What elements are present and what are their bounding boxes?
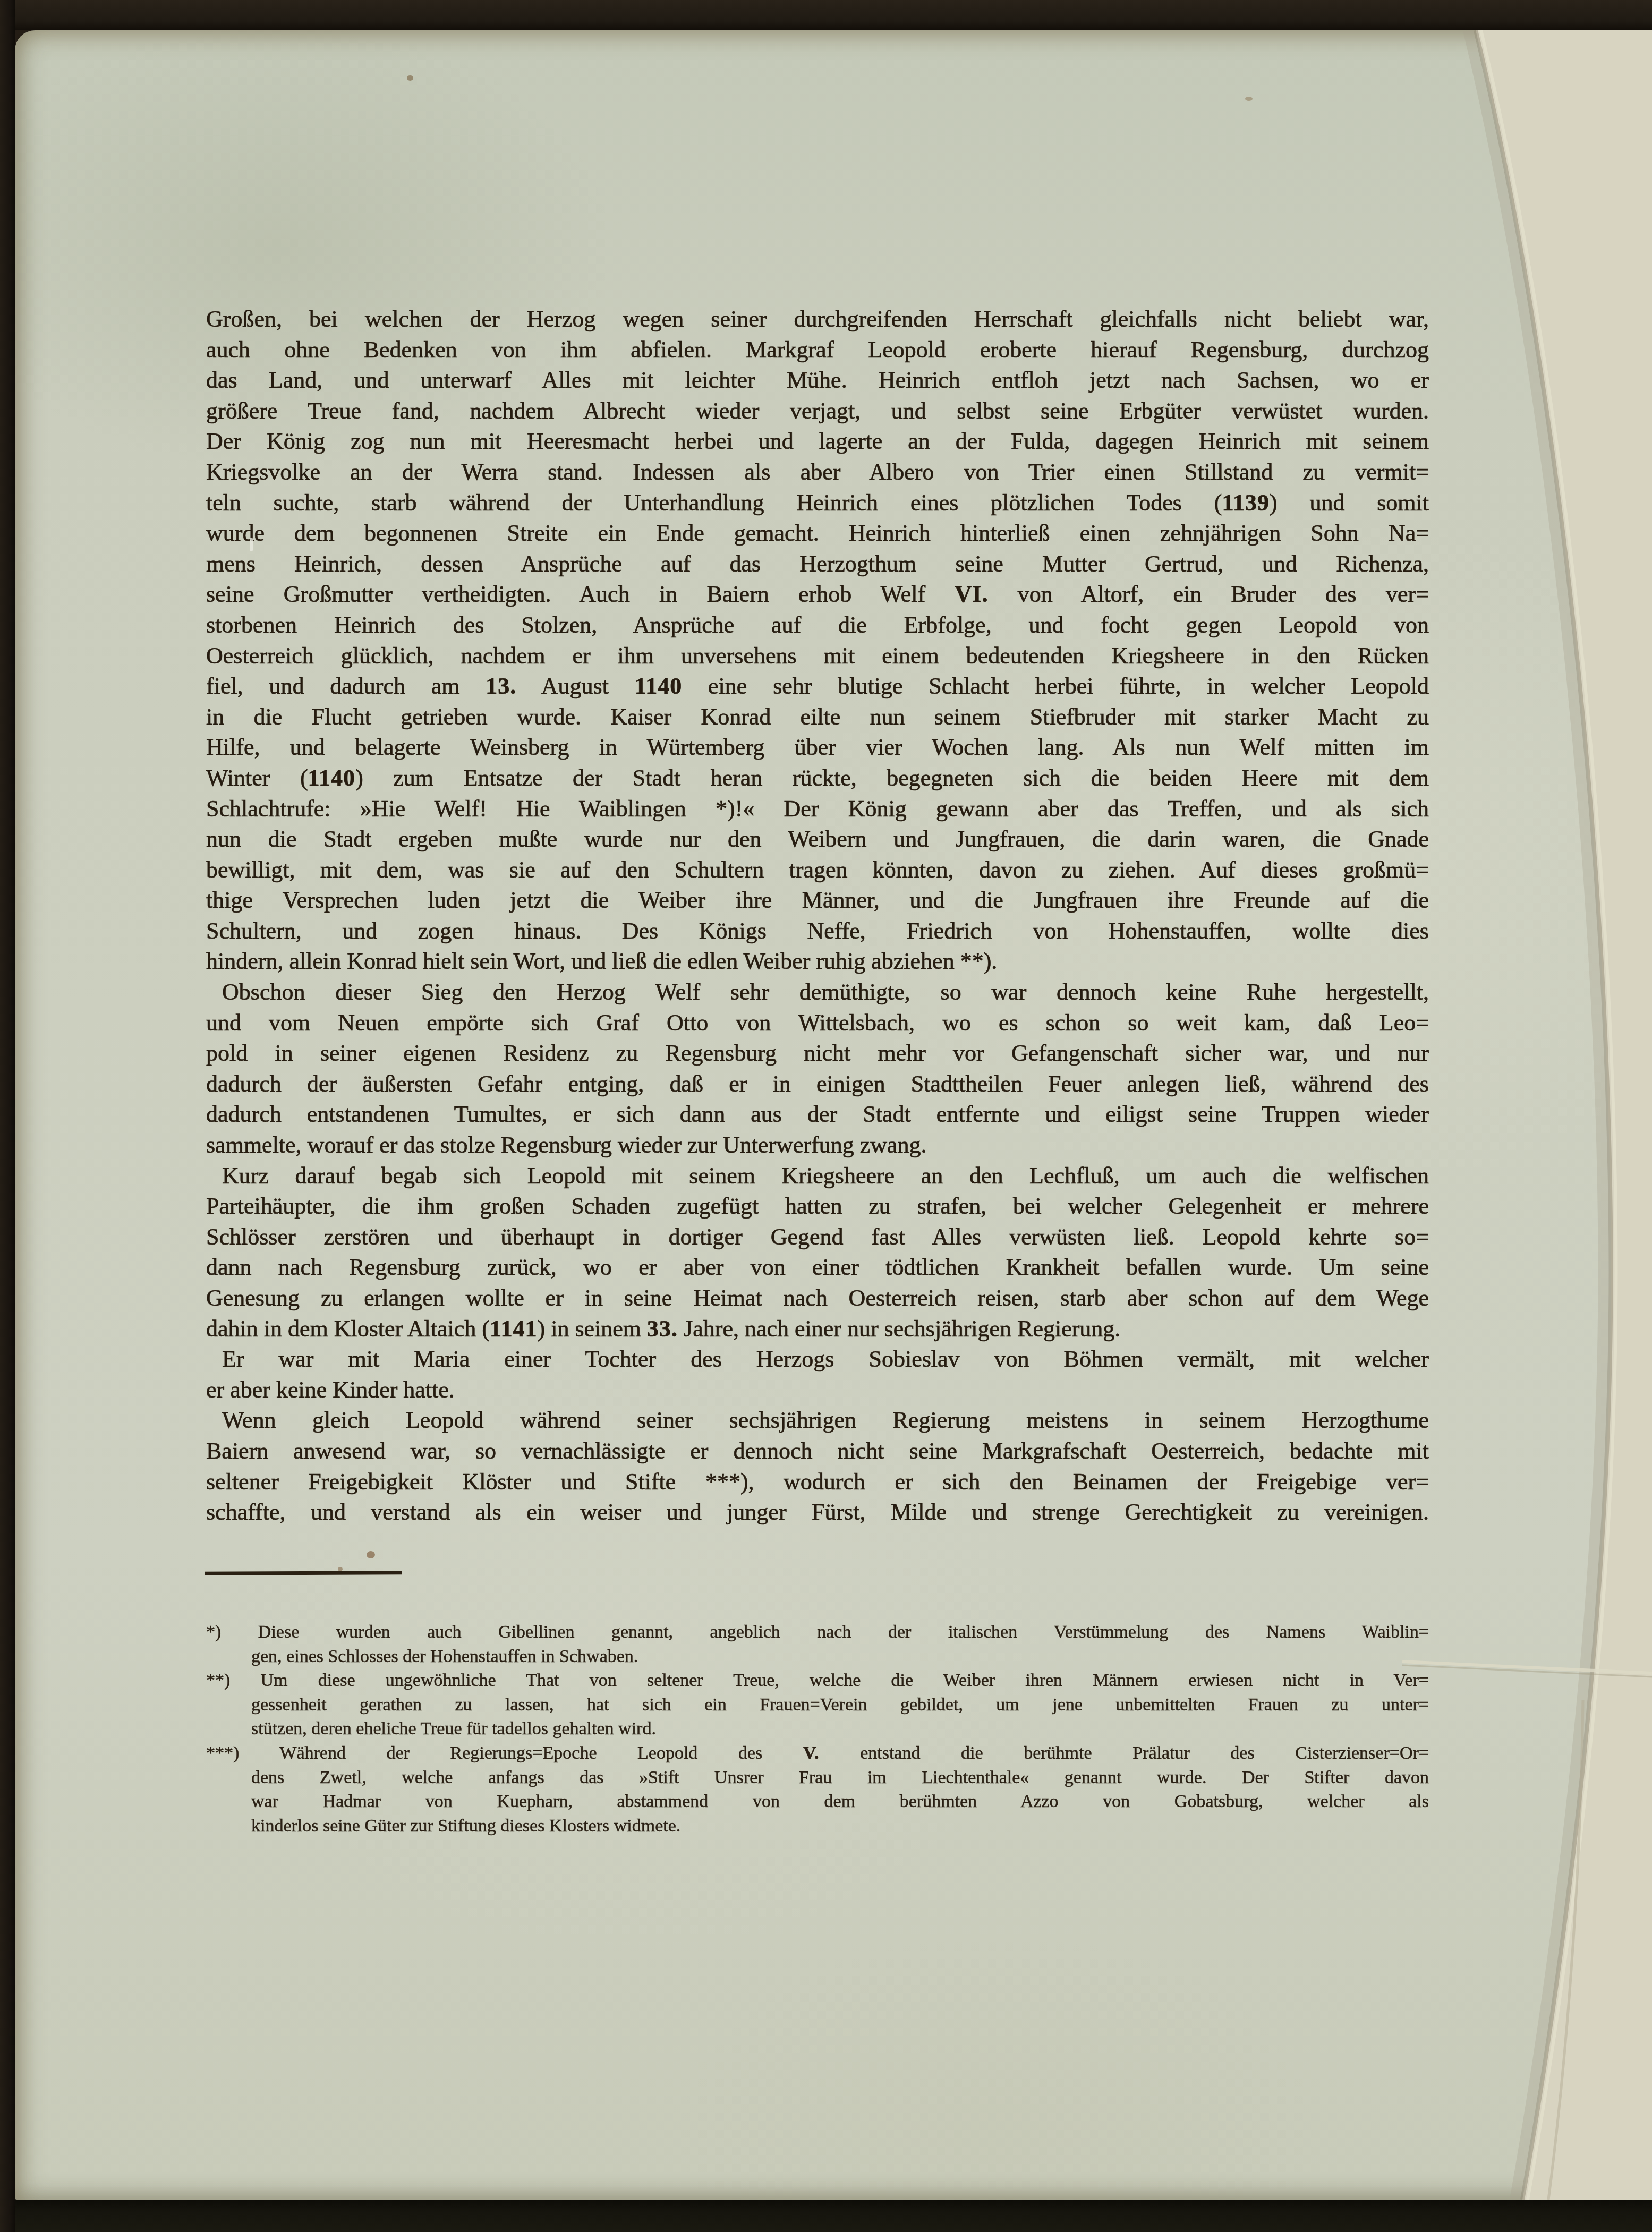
text-line: Baiern anwesend war, so vernachlässigte …	[206, 1436, 1429, 1467]
text-line: seltener Freigebigkeit Klöster und Stift…	[206, 1467, 1429, 1497]
text-line: thige Versprechen luden jetzt die Weiber…	[206, 885, 1429, 916]
paper-speck	[407, 75, 413, 81]
text-line: Er war mit Maria einer Tochter des Herzo…	[206, 1344, 1429, 1375]
body-text-block: Großen, bei welchen der Herzog wegen sei…	[206, 304, 1429, 1528]
text-line: dadurch der äußersten Gefahr entging, da…	[206, 1069, 1429, 1100]
text-line: und vom Neuen empörte sich Graf Otto von…	[206, 1008, 1429, 1038]
footnote-marker: *)	[206, 1622, 221, 1642]
text-line: Schultern, und zogen hinaus. Des Königs …	[206, 916, 1429, 947]
text-line: Parteihäupter, die ihm großen Schaden zu…	[206, 1191, 1429, 1222]
footnotes-block: *) Diese wurden auch Gibellinen genannt,…	[206, 1620, 1429, 1838]
text-line: dadurch entstandenen Tumultes, er sich d…	[206, 1099, 1429, 1130]
text-line: fiel, und dadurch am 13. August 1140 ein…	[206, 671, 1429, 702]
text-line: dahin in dem Kloster Altaich (1141) in s…	[206, 1314, 1429, 1344]
text-line: teln suchte, starb während der Unterhand…	[206, 488, 1429, 518]
text-line: Hilfe, und belagerte Weinsberg in Würtem…	[206, 732, 1429, 763]
footnote-line: ***) Während der Regierungs=Epoche Leopo…	[206, 1741, 1429, 1766]
text-line: Oesterreich glücklich, nachdem er ihm un…	[206, 641, 1429, 671]
text-line: Winter (1140) zum Entsatze der Stadt her…	[206, 763, 1429, 794]
paper-speck	[803, 372, 807, 375]
text-line: Kurz darauf begab sich Leopold mit seine…	[206, 1161, 1429, 1191]
text-line: dann nach Regensburg zurück, wo er aber …	[206, 1252, 1429, 1283]
footnote-line: war Hadmar von Kuepharn, abstammend von …	[206, 1790, 1429, 1814]
paper-fiber	[250, 538, 253, 551]
text-line: in die Flucht getrieben wurde. Kaiser Ko…	[206, 702, 1429, 732]
paper-speck	[338, 1567, 343, 1571]
text-line: seine Großmutter vertheidigten. Auch in …	[206, 579, 1429, 610]
footnote-separator-rule	[205, 1571, 402, 1575]
text-line: größere Treue fand, nachdem Albrecht wie…	[206, 396, 1429, 427]
footnote-line: *) Diese wurden auch Gibellinen genannt,…	[206, 1620, 1429, 1645]
footnote-line: stützen, deren eheliche Treue für tadell…	[206, 1717, 1429, 1741]
text-line: hindern, allein Konrad hielt sein Wort, …	[206, 946, 1429, 977]
text-line: Der König zog nun mit Heeresmacht herbei…	[206, 426, 1429, 457]
footnote-marker: ***)	[206, 1743, 239, 1763]
text-line: pold in seiner eigenen Residenz zu Regen…	[206, 1038, 1429, 1069]
text-line: Kriegsvolke an der Werra stand. Indessen…	[206, 457, 1429, 488]
footnote-line: **) Um diese ungewöhnliche That von selt…	[206, 1668, 1429, 1693]
text-line: bewilligt, mit dem, was sie auf den Schu…	[206, 855, 1429, 885]
text-line: storbenen Heinrich des Stolzen, Ansprüch…	[206, 610, 1429, 641]
footnote-line: gessenheit gerathen zu lassen, hat sich …	[206, 1693, 1429, 1717]
footnote-line: kinderlos seine Güter zur Stiftung diese…	[206, 1814, 1429, 1838]
text-line: nun die Stadt ergeben mußte wurde nur de…	[206, 824, 1429, 855]
text-line: Großen, bei welchen der Herzog wegen sei…	[206, 304, 1429, 335]
text-line: Schlachtrufe: »Hie Welf! Hie Waiblingen …	[206, 794, 1429, 824]
text-line: Wenn gleich Leopold während seiner sechs…	[206, 1405, 1429, 1436]
scanned-book-photo: { "page": { "type": "scanned-book-page",…	[0, 0, 1652, 2232]
text-line: Schlösser zerstören und überhaupt in dor…	[206, 1222, 1429, 1253]
text-line: er aber keine Kinder hatte.	[206, 1375, 1429, 1405]
text-line: wurde dem begonnenen Streite ein Ende ge…	[206, 518, 1429, 549]
page-content: Großen, bei welchen der Herzog wegen sei…	[0, 0, 1652, 2232]
text-line: Obschon dieser Sieg den Herzog Welf sehr…	[206, 977, 1429, 1008]
text-line: schaffte, und verstand als ein weiser un…	[206, 1497, 1429, 1528]
paper-speck	[1245, 97, 1253, 101]
footnote-line: gen, eines Schlosses der Hohenstauffen i…	[206, 1645, 1429, 1669]
text-line: sammelte, worauf er das stolze Regensbur…	[206, 1130, 1429, 1161]
text-line: Genesung zu erlangen wollte er in seine …	[206, 1283, 1429, 1314]
text-line: mens Heinrich, dessen Ansprüche auf das …	[206, 549, 1429, 580]
footnote-marker: **)	[206, 1671, 230, 1690]
paper-speck	[367, 1551, 375, 1558]
footnote-line: dens Zwetl, welche anfangs das »Stift Un…	[206, 1766, 1429, 1790]
text-line: das Land, und unterwarf Alles mit leicht…	[206, 365, 1429, 396]
text-line: auch ohne Bedenken von ihm abfielen. Mar…	[206, 335, 1429, 365]
